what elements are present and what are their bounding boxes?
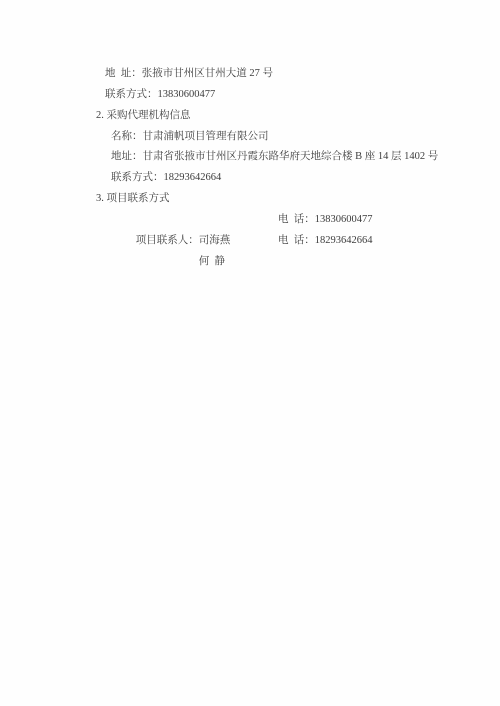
purchaser-address-line: 地 址：张掖市甘州区甘州大道 27 号	[0, 64, 500, 85]
purchaser-contact-line: 联系方式：13830600477	[0, 85, 500, 106]
project-contact-row-1: 项目联系人：司海燕 电 话：13830600477	[0, 210, 500, 231]
document-page: 地 址：张掖市甘州区甘州大道 27 号 联系方式：13830600477 2. …	[0, 0, 500, 706]
phone-label-1: 电 话：	[278, 214, 315, 225]
agency-name-line: 名称：甘肃浦帆项目管理有限公司	[0, 127, 500, 148]
project-contact-phone-1: 电 话：13830600477	[278, 210, 373, 231]
phone-label-2: 电 话：	[278, 235, 315, 246]
section-heading-project-contact: 3. 项目联系方式	[0, 189, 500, 210]
phone-number-1: 13830600477	[315, 214, 373, 225]
project-contact-name-2: 何 静	[199, 256, 225, 267]
project-contact-row-2: 何 静 电 话：18293642664	[0, 231, 500, 252]
project-contact-phone-2: 电 话：18293642664	[278, 231, 373, 252]
agency-address-line: 地址：甘肃省张掖市甘州区丹霞东路华府天地综合楼 B 座 14 层 1402 号	[0, 147, 500, 168]
document-content: 地 址：张掖市甘州区甘州大道 27 号 联系方式：13830600477 2. …	[0, 64, 500, 252]
section-heading-agency-info: 2. 采购代理机构信息	[0, 106, 500, 127]
phone-number-2: 18293642664	[315, 235, 373, 246]
agency-contact-line: 联系方式：18293642664	[0, 168, 500, 189]
